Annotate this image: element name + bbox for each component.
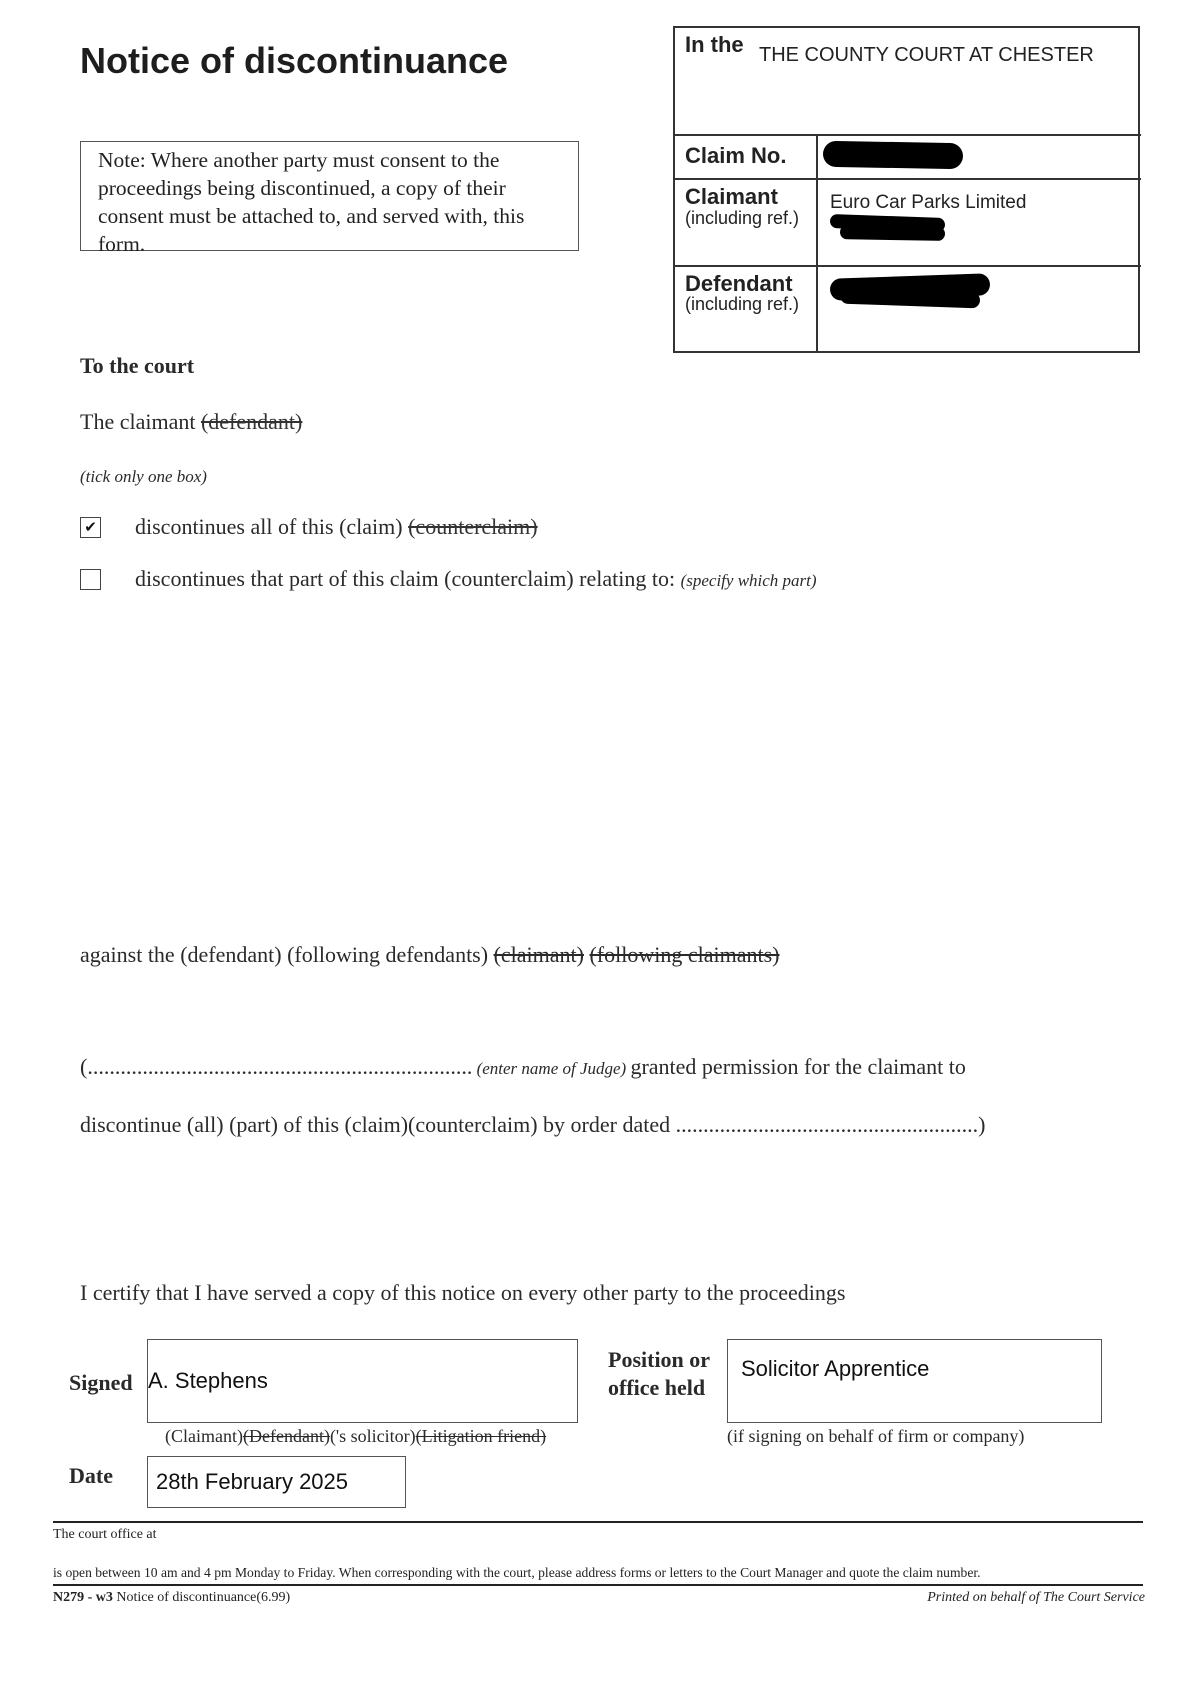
judge-hint: (enter name of Judge)	[472, 1059, 630, 1078]
claimant-value[interactable]: Euro Car Parks Limited	[830, 192, 1026, 214]
claimant-label: Claimant	[685, 186, 778, 208]
form-code-number: N279 - w3	[53, 1590, 113, 1605]
part-specification-area[interactable]	[135, 600, 1125, 920]
option-text: discontinues all of this (claim)	[135, 514, 408, 539]
option-text: discontinues that part of this claim (co…	[135, 566, 681, 591]
judge-blank: (.......................................…	[80, 1054, 472, 1079]
claim-no-redaction	[823, 141, 963, 169]
party-text: The claimant	[80, 409, 201, 434]
claimant-ref-redaction-2	[840, 225, 945, 241]
signed-field[interactable]: A. Stephens	[147, 1339, 578, 1423]
claimant-sublabel: (including ref.)	[685, 208, 799, 228]
position-label-line2: office held	[608, 1374, 710, 1402]
party-line: The claimant (defendant)	[80, 409, 302, 435]
date-value: 28th February 2025	[156, 1469, 348, 1495]
position-value: Solicitor Apprentice	[741, 1356, 929, 1382]
form-code: N279 - w3 Notice of discontinuance(6.99)	[53, 1590, 290, 1606]
defendant-label: Defendant	[685, 273, 793, 295]
judge-suffix: granted permission for the claimant to	[630, 1054, 965, 1079]
footer-divider-bottom	[53, 1584, 1143, 1586]
signed-caption: (Claimant)(Defendant)('s solicitor)(Liti…	[165, 1426, 546, 1447]
caption-solicitor: ('s solicitor)	[330, 1426, 416, 1446]
opening-hours-text: is open between 10 am and 4 pm Monday to…	[53, 1565, 981, 1581]
footer-divider-top	[53, 1521, 1143, 1523]
defendant-sublabel: (including ref.)	[685, 294, 799, 314]
note-box: Note: Where another party must consent t…	[80, 141, 579, 251]
position-field[interactable]: Solicitor Apprentice	[727, 1339, 1102, 1423]
struck-defendant: (defendant)	[201, 409, 302, 435]
judge-line: (.......................................…	[80, 1054, 966, 1080]
checkbox-discontinue-part[interactable]	[80, 569, 101, 590]
page-title: Notice of discontinuance	[80, 40, 508, 82]
tick-instruction: (tick only one box)	[80, 467, 207, 487]
option-hint: (specify which part)	[681, 571, 817, 590]
date-field[interactable]: 28th February 2025	[147, 1456, 406, 1508]
printed-by: Printed on behalf of The Court Service	[927, 1590, 1145, 1606]
option-discontinue-part: discontinues that part of this claim (co…	[135, 566, 817, 592]
against-text: against the (defendant) (following defen…	[80, 942, 494, 967]
struck-counterclaim: (counterclaim)	[408, 514, 538, 540]
date-label: Date	[69, 1463, 113, 1489]
caption-struck-litigation-friend: (Litigation friend)	[416, 1426, 546, 1446]
claim-no-label: Claim No.	[685, 145, 786, 167]
caption-struck-defendant: (Defendant)	[243, 1426, 330, 1446]
option-discontinue-all: discontinues all of this (claim) (counte…	[135, 514, 538, 540]
form-name: Notice of discontinuance(6.99)	[113, 1590, 290, 1605]
signed-label: Signed	[69, 1370, 133, 1396]
to-the-court-heading: To the court	[80, 353, 194, 379]
certify-statement: I certify that I have served a copy of t…	[80, 1280, 845, 1306]
signed-value: A. Stephens	[148, 1368, 268, 1394]
court-office-text: The court office at	[53, 1527, 157, 1543]
court-details-box: In the THE COUNTY COURT AT CHESTER Claim…	[673, 26, 1140, 353]
in-the-label: In the	[685, 32, 744, 58]
position-label-line1: Position or	[608, 1346, 710, 1374]
against-line: against the (defendant) (following defen…	[80, 942, 780, 968]
position-label: Position or office held	[608, 1346, 710, 1402]
position-caption: (if signing on behalf of firm or company…	[727, 1426, 1024, 1447]
caption-claimant: (Claimant)	[165, 1426, 243, 1446]
struck-following-claimants: (following claimants)	[589, 942, 779, 967]
checkbox-discontinue-all[interactable]: ✔	[80, 517, 101, 538]
discontinue-order-line: discontinue (all) (part) of this (claim)…	[80, 1112, 985, 1138]
struck-claimant: (claimant)	[494, 942, 584, 967]
court-name[interactable]: THE COUNTY COURT AT CHESTER	[759, 44, 1094, 67]
